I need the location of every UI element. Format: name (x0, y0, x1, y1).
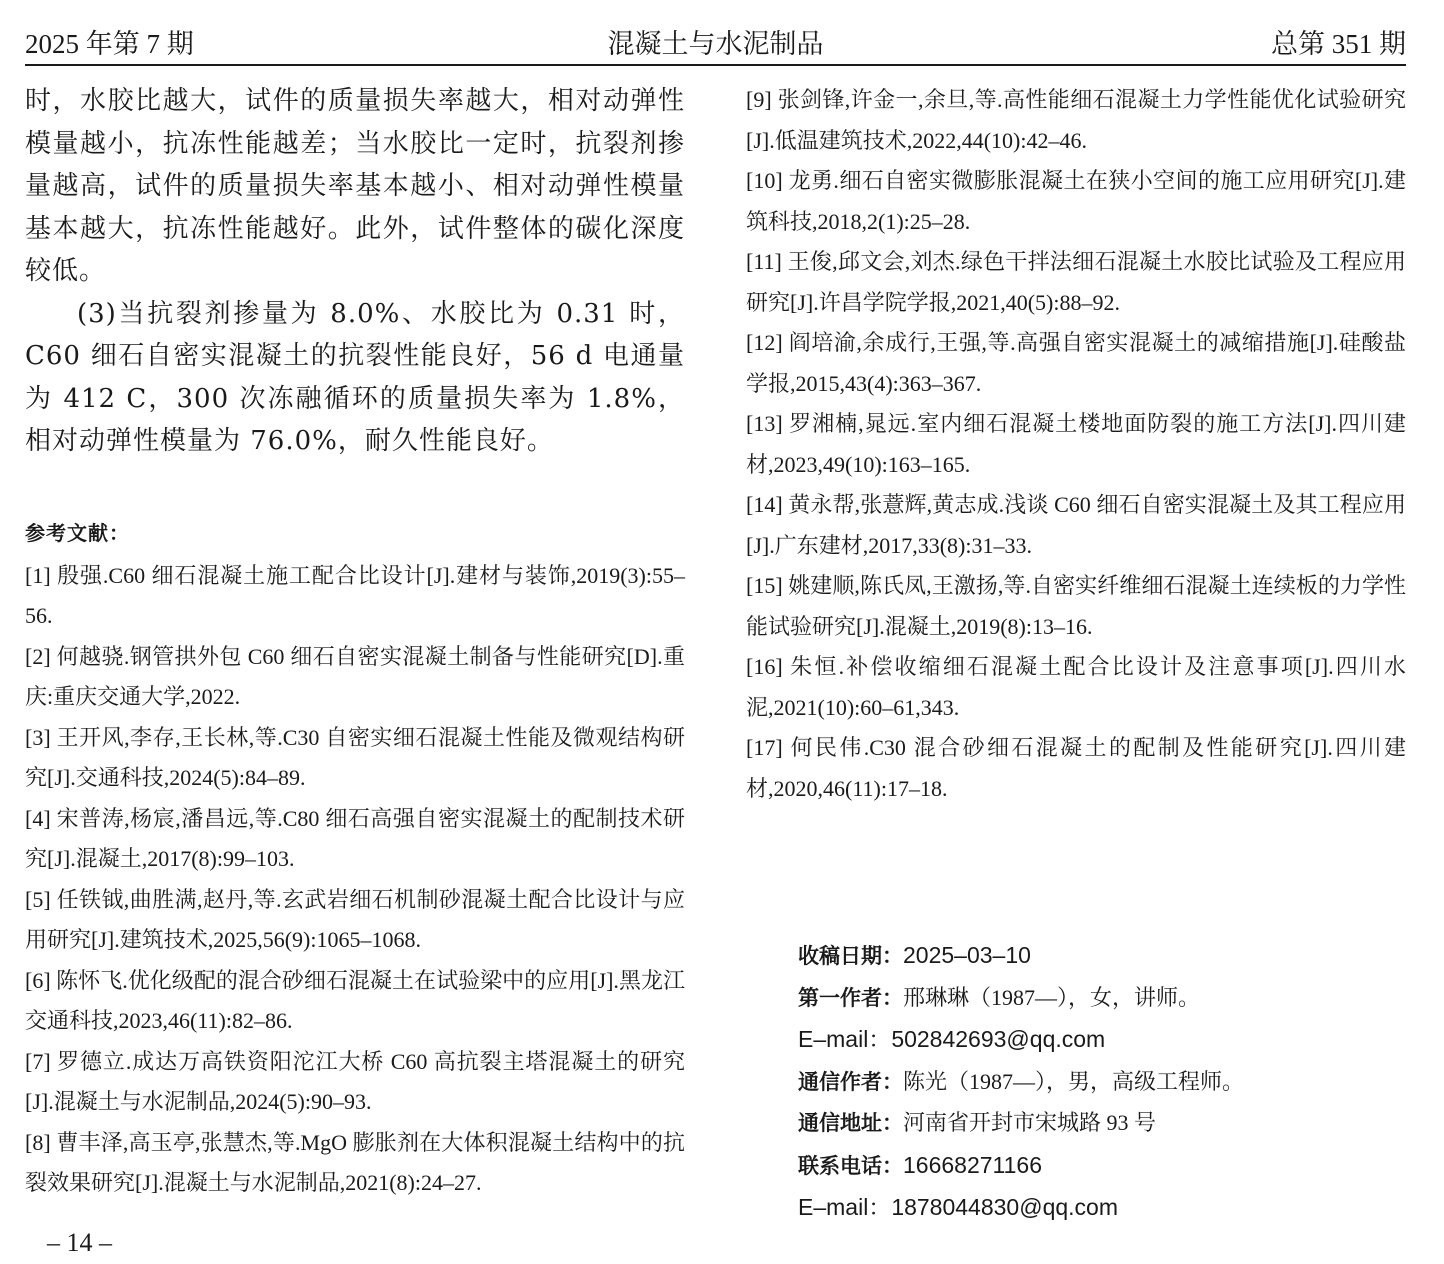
references-heading: 参考文献： (25, 517, 685, 546)
page-number: – 14 – (47, 1228, 112, 1258)
received-date-value: 2025–03–10 (903, 942, 1031, 968)
first-author-label: 第一作者： (798, 986, 903, 1010)
reference-item: [12] 阎培渝,余成行,王强,等.高强自密实混凝土的减缩措施[J].硅酸盐学报… (746, 323, 1406, 404)
address-value: 河南省开封市宋城路 93 号 (903, 1110, 1156, 1135)
corresponding-email-row: E–mail：1878044830@qq.com (798, 1187, 1358, 1230)
author-info-block: 收稿日期：2025–03–10 第一作者：邢琳琳（1987—），女，讲师。 E–… (798, 935, 1358, 1230)
right-column: [9] 张剑锋,许金一,余旦,等.高性能细石混凝土力学性能优化试验研究[J].低… (746, 80, 1406, 809)
received-date-row: 收稿日期：2025–03–10 (798, 935, 1358, 978)
corresponding-author-row: 通信作者：陈光（1987—），男，高级工程师。 (798, 1062, 1358, 1104)
left-column: 时，水胶比越大，试件的质量损失率越大，相对动弹性模量越小，抗冻性能越差；当水胶比… (25, 80, 685, 1204)
phone-label: 联系电话： (798, 1154, 903, 1178)
reference-item: [1] 殷强.C60 细石混凝土施工配合比设计[J].建材与装饰,2019(3)… (25, 556, 685, 637)
first-email-value[interactable]: 502842693@qq.com (891, 1026, 1105, 1052)
reference-item: [6] 陈怀飞.优化级配的混合砂细石混凝土在试验梁中的应用[J].黑龙江交通科技… (25, 961, 685, 1042)
reference-item: [9] 张剑锋,许金一,余旦,等.高性能细石混凝土力学性能优化试验研究[J].低… (746, 80, 1406, 161)
reference-item: [2] 何越骁.钢管拱外包 C60 细石自密实混凝土制备与性能研究[D].重庆:… (25, 637, 685, 718)
reference-item: [7] 罗德立.成达万高铁资阳沱江大桥 C60 高抗裂主塔混凝土的研究[J].混… (25, 1042, 685, 1123)
reference-item: [8] 曹丰泽,高玉亭,张慧杰,等.MgO 膨胀剂在大体积混凝土结构中的抗裂效果… (25, 1123, 685, 1204)
header-divider (25, 64, 1406, 66)
first-author-value: 邢琳琳（1987—），女，讲师。 (903, 985, 1200, 1010)
address-label: 通信地址： (798, 1111, 903, 1135)
corresponding-author-value: 陈光（1987—），男，高级工程师。 (903, 1069, 1244, 1094)
reference-item: [3] 王开风,李存,王长林,等.C30 自密实细石混凝土性能及微观结构研究[J… (25, 718, 685, 799)
journal-title: 混凝土与水泥制品 (25, 22, 1406, 61)
corresponding-email-label: E–mail： (798, 1194, 891, 1220)
reference-item: [16] 朱恒.补偿收缩细石混凝土配合比设计及注意事项[J].四川水泥,2021… (746, 647, 1406, 728)
reference-item: [11] 王俊,邱文会,刘杰.绿色干拌法细石混凝土水胶比试验及工程应用研究[J]… (746, 242, 1406, 323)
first-email-label: E–mail： (798, 1026, 891, 1052)
reference-item: [5] 任铁钺,曲胜满,赵丹,等.玄武岩细石机制砂混凝土配合比设计与应用研究[J… (25, 880, 685, 961)
reference-item: [15] 姚建顺,陈氏凤,王激扬,等.自密实纤维细石混凝土连续板的力学性能试验研… (746, 566, 1406, 647)
first-author-row: 第一作者：邢琳琳（1987—），女，讲师。 (798, 978, 1358, 1020)
corresponding-author-label: 通信作者： (798, 1070, 903, 1094)
phone-row: 联系电话：16668271166 (798, 1145, 1358, 1188)
received-date-label: 收稿日期： (798, 944, 903, 968)
conclusion-paragraph: (3)当抗裂剂掺量为 8.0%、水胶比为 0.31 时，C60 细石自密实混凝土… (25, 293, 685, 463)
address-row: 通信地址：河南省开封市宋城路 93 号 (798, 1103, 1358, 1145)
body-paragraph: 时，水胶比越大，试件的质量损失率越大，相对动弹性模量越小，抗冻性能越差；当水胶比… (25, 80, 685, 293)
total-issue-label: 总第 351 期 (1271, 22, 1406, 61)
reference-item: [13] 罗湘楠,晁远.室内细石混凝土楼地面防裂的施工方法[J].四川建材,20… (746, 404, 1406, 485)
reference-item: [14] 黄永帮,张薏辉,黄志成.浅谈 C60 细石自密实混凝土及其工程应用[J… (746, 485, 1406, 566)
first-email-row: E–mail：502842693@qq.com (798, 1019, 1358, 1062)
reference-item: [10] 龙勇.细石自密实微膨胀混凝土在狭小空间的施工应用研究[J].建筑科技,… (746, 161, 1406, 242)
running-header: 2025 年第 7 期 混凝土与水泥制品 总第 351 期 (25, 18, 1406, 60)
phone-value: 16668271166 (903, 1152, 1042, 1178)
reference-item: [17] 何民伟.C30 混合砂细石混凝土的配制及性能研究[J].四川建材,20… (746, 728, 1406, 809)
corresponding-email-value[interactable]: 1878044830@qq.com (891, 1194, 1118, 1220)
reference-item: [4] 宋普涛,杨宸,潘昌远,等.C80 细石高强自密实混凝土的配制技术研究[J… (25, 799, 685, 880)
